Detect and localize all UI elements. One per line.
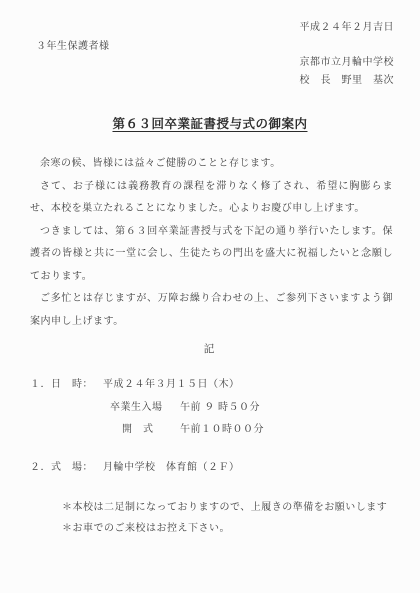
paragraph-congratulations: さて、お子様には義務教育の課程を滞りなく修了され、希望に胸膨らませ、本校を巣立た… <box>30 176 393 221</box>
letter-body: 余寒の候、皆様には益々ご健勝のことと存じます。 さて、お子様には義務教育の課程を… <box>30 153 393 333</box>
opening-label: 開 式 <box>122 419 180 442</box>
schedule-opening-row: 開 式 午前１０時００分 <box>30 419 420 442</box>
datetime-value: 平成２４年３月１５日（木） <box>103 374 240 397</box>
paragraph-invitation: ご多忙とは存じますが、万障お繰り合わせの上、ご参列下さいますよう御案内申し上げま… <box>30 288 393 333</box>
schedule-section: １．日 時： 平成２４年３月１５日（木） 卒業生入場 午前 ９ 時５０分 開 式… <box>30 374 420 479</box>
entrance-label: 卒業生入場 <box>110 397 180 420</box>
sender-principal: 校 長 野里 基次 <box>0 69 420 87</box>
venue-label: ２．式 場： <box>30 457 103 480</box>
sender-school: 京都市立月輪中学校 <box>0 53 420 69</box>
letter-page: 平成２４年２月吉日 ３年生保護者様 京都市立月輪中学校 校 長 野里 基次 第６… <box>0 0 420 593</box>
note-no-car: ＊お車でのご来校はお控え下さい。 <box>62 518 420 539</box>
opening-time: 午前１０時００分 <box>180 419 264 442</box>
addressee: ３年生保護者様 <box>0 34 420 53</box>
datetime-label: １．日 時： <box>30 374 103 397</box>
record-heading: 記 <box>0 338 420 360</box>
notes-section: ＊本校は二足制になっておりますので、上履きの準備をお願いします ＊お車でのご来校… <box>62 497 420 539</box>
document-title: 第６３回卒業証書授与式の御案内 <box>0 114 420 132</box>
note-indoor-shoes: ＊本校は二足制になっておりますので、上履きの準備をお願いします <box>62 497 420 518</box>
document-date: 平成２４年２月吉日 <box>0 0 420 34</box>
entrance-time: 午前 ９ 時５０分 <box>180 397 260 420</box>
venue-value: 月輪中学校 体育館（２Ｆ） <box>103 457 240 480</box>
paragraph-seasonal-greeting: 余寒の候、皆様には益々ご健勝のことと存じます。 <box>30 153 393 176</box>
schedule-venue-row: ２．式 場： 月輪中学校 体育館（２Ｆ） <box>30 457 420 480</box>
schedule-datetime-row: １．日 時： 平成２４年３月１５日（木） <box>30 374 420 397</box>
paragraph-ceremony-announcement: つきましては、第６３回卒業証書授与式を下記の通り挙行いたします。保護者の皆様と共… <box>30 221 393 289</box>
schedule-entrance-row: 卒業生入場 午前 ９ 時５０分 <box>30 397 420 420</box>
